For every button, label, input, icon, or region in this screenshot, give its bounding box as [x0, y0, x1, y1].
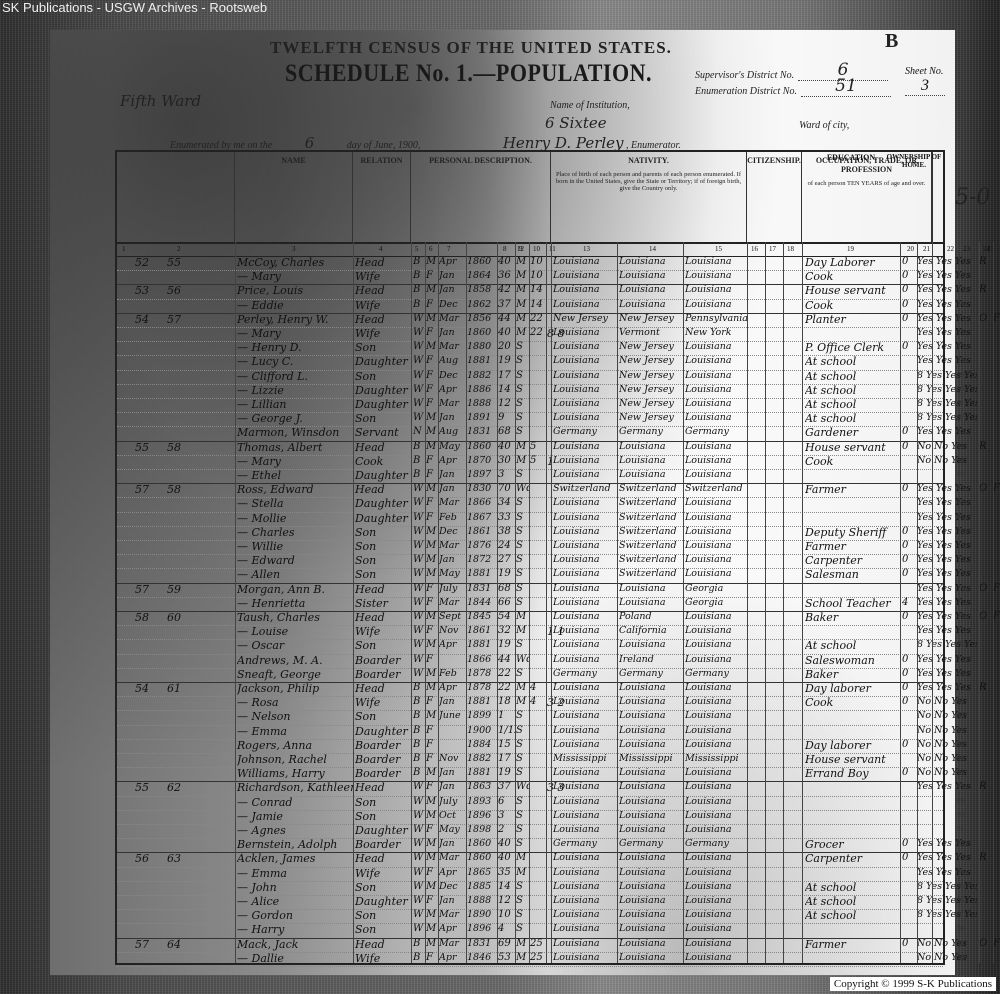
cell-marital: M [516, 270, 530, 281]
cell-owned: F [993, 313, 1000, 324]
cell-edu: No No Yes [917, 938, 977, 949]
cell-own: R [979, 284, 991, 295]
column-divider [993, 242, 994, 963]
cell-relation: Son [355, 341, 411, 354]
institution-line: Name of Institution, [550, 100, 630, 111]
cell-marital: M [516, 313, 530, 324]
line-number: 59 [957, 371, 964, 379]
cell-mother: Louisiana [685, 412, 749, 423]
cell-birth: Louisiana [553, 767, 619, 778]
cell-month: Jan [439, 270, 467, 281]
cell-occupation: Day Laborer [805, 256, 900, 269]
table-row: 5860Taush, CharlesHeadWMSept184554MLouis… [117, 611, 943, 626]
cell-occupation: Farmer [805, 938, 900, 951]
table-row: — AliceDaughterWFJan188812SLouisianaLoui… [117, 895, 943, 910]
cell-sex: M [426, 526, 438, 537]
cell-mother: Louisiana [685, 554, 749, 565]
cell-race: B [413, 299, 425, 310]
cell-age: 19 [498, 639, 516, 650]
cell-name: Sneaft, George [237, 668, 353, 681]
cell-dwelling: 55 [135, 441, 165, 454]
cell-name: — Conrad [237, 796, 353, 809]
cell-race: N [413, 426, 425, 437]
cell-marital: S [516, 540, 530, 551]
cell-relation: Head [355, 284, 411, 297]
cell-occupation: Baker [805, 611, 900, 624]
cell-month: Jan [439, 483, 467, 494]
cell-occupation: House servant [805, 284, 900, 297]
cell-sex: F [426, 696, 438, 707]
column-number: 18 [787, 245, 794, 253]
cell-age: 53 [498, 952, 516, 963]
cell-year: 1878 [467, 682, 497, 693]
cell-birth: Louisiana [553, 810, 619, 821]
cell-mother: Louisiana [685, 881, 749, 892]
cell-race: B [413, 753, 425, 764]
cell-birth: Louisiana [553, 867, 619, 878]
column-number: 10 [533, 245, 540, 253]
cell-occupation: Deputy Sheriff [805, 526, 900, 539]
cell-year: 1881 [467, 355, 497, 366]
column-number: 7 [447, 245, 451, 253]
cell-age: 68 [498, 583, 516, 594]
cell-father: Switzerland [619, 483, 685, 494]
cell-sex: F [426, 867, 438, 878]
cell-occupation: Gardener [805, 426, 900, 439]
cell-race: B [413, 710, 425, 721]
cell-year: 1860 [467, 441, 497, 452]
cell-sex: F [426, 299, 438, 310]
cell-age: 22 [498, 668, 516, 679]
cell-mother: Louisiana [685, 796, 749, 807]
line-number: 74 [957, 584, 964, 592]
cell-marital: M [516, 696, 530, 707]
cell-father: Louisiana [619, 682, 685, 693]
cell-marital: S [516, 355, 530, 366]
cell-months-unemployed: 0 [902, 838, 914, 849]
cell-months-unemployed: 0 [902, 852, 914, 863]
cell-father: Poland [619, 611, 685, 622]
cell-years-married: 5 [530, 455, 546, 466]
cell-year: 1881 [467, 639, 497, 650]
cell-relation: Daughter [355, 725, 411, 738]
column-number: 14 [649, 245, 656, 253]
cell-month: Mar [439, 938, 467, 949]
cell-race: B [413, 696, 425, 707]
cell-mother: Louisiana [685, 441, 749, 452]
cell-year: 1846 [467, 952, 497, 963]
cell-edu: Yes Yes Yes [917, 852, 977, 863]
cell-sex: M [426, 710, 438, 721]
cell-name: — Emma [237, 867, 353, 880]
cell-birth: Louisiana [553, 270, 619, 281]
cell-year: 1831 [467, 426, 497, 437]
cell-marital: S [516, 753, 530, 764]
cell-father: Louisiana [619, 441, 685, 452]
column-number: 6 [429, 245, 433, 253]
cell-race: W [413, 483, 425, 494]
cell-dwelling: 54 [135, 313, 165, 326]
cell-father: Louisiana [619, 923, 685, 934]
cell-father: Louisiana [619, 852, 685, 863]
cell-month: Dec [439, 526, 467, 537]
cell-relation: Head [355, 611, 411, 624]
cell-dwelling: 57 [135, 938, 165, 951]
cell-relation: Cook [355, 455, 411, 468]
line-number: 68 [957, 498, 964, 506]
cell-edu: 8 Yes Yes Yes [917, 384, 977, 395]
cell-race: W [413, 412, 425, 423]
column-divider [783, 242, 784, 963]
cell-occupation: House servant [805, 753, 900, 766]
cell-father: Louisiana [619, 881, 685, 892]
cell-name: — Clifford L. [237, 370, 353, 383]
table-row: 5461Jackson, PhilipHeadBMApr187822M4Loui… [117, 682, 943, 697]
cell-month: Apr [439, 923, 467, 934]
cell-father: Switzerland [619, 554, 685, 565]
cell-months-unemployed: 0 [902, 682, 914, 693]
cell-edu: 8 Yes Yes Yes [917, 881, 977, 892]
cell-relation: Daughter [355, 497, 411, 510]
cell-birth: Louisiana [553, 909, 619, 920]
cell-own: O [979, 483, 991, 494]
cell-mother: Louisiana [685, 469, 749, 480]
cell-month: May [439, 568, 467, 579]
cell-month: Jan [439, 895, 467, 906]
cell-owned: F [993, 483, 1000, 494]
col-education: EDUCATION. [822, 153, 882, 162]
cell-name: — Lucy C. [237, 355, 353, 368]
cell-father: Louisiana [619, 767, 685, 778]
cell-edu: Yes Yes Yes [917, 611, 977, 622]
cell-mother: Louisiana [685, 341, 749, 352]
table-row: — Clifford L.SonWFDec188217SLouisianaNew… [117, 370, 943, 385]
cell-mother: Louisiana [685, 540, 749, 551]
cell-race: W [413, 512, 425, 523]
cell-relation: Son [355, 881, 411, 894]
cell-month: Oct [439, 810, 467, 821]
cell-race: W [413, 370, 425, 381]
cell-mother: Germany [685, 838, 749, 849]
cell-months-unemployed: 0 [902, 739, 914, 750]
cell-name: — Alice [237, 895, 353, 908]
cell-age: 18 [498, 696, 516, 707]
cell-relation: Head [355, 781, 411, 794]
column-divider [411, 242, 412, 963]
cell-occupation: Cook [805, 270, 900, 283]
line-number: 79 [957, 655, 964, 663]
cell-name: — Charles [237, 526, 353, 539]
cell-race: B [413, 682, 425, 693]
cell-months-unemployed: 0 [902, 540, 914, 551]
cell-age: 6 [498, 796, 516, 807]
cell-edu: 8 Yes Yes Yes [917, 398, 977, 409]
cell-sex: M [426, 668, 438, 679]
cell-year: 1866 [467, 497, 497, 508]
cell-race: B [413, 938, 425, 949]
cell-race: B [413, 284, 425, 295]
cell-occupation: House servant [805, 441, 900, 454]
table-row: — DallieWifeBFApr184653M25LouisianaLouis… [117, 952, 943, 967]
cell-marital: S [516, 526, 530, 537]
cell-year: 1890 [467, 909, 497, 920]
cell-month: Sept [439, 611, 467, 622]
cell-month: Mar [439, 313, 467, 324]
table-row: — WillieSonWMMar187624SLouisianaSwitzerl… [117, 540, 943, 555]
table-row: — StellaDaughterWFMar186634SLouisianaSwi… [117, 497, 943, 512]
cell-mother: Louisiana [685, 938, 749, 949]
cell-birth: Louisiana [553, 384, 619, 395]
cell-marital: Wd [516, 654, 530, 665]
cell-edu: 8 Yes Yes Yes [917, 370, 977, 381]
cell-relation: Head [355, 441, 411, 454]
cell-birth: Louisiana [553, 327, 619, 338]
table-row: — GordonSonWMMar189010SLouisianaLouisian… [117, 909, 943, 924]
cell-race: W [413, 867, 425, 878]
column-divider [747, 242, 748, 963]
cell-age: 17 [498, 753, 516, 764]
cell-month: Jan [439, 412, 467, 423]
cell-father: Mississippi [619, 753, 685, 764]
cell-father: Ireland [619, 654, 685, 665]
cell-relation: Head [355, 682, 411, 695]
cell-relation: Son [355, 810, 411, 823]
cell-month: Jan [439, 554, 467, 565]
table-row: — MaryWifeBFJan186436M10LouisianaLouisia… [117, 270, 943, 285]
cell-father: Louisiana [619, 583, 685, 594]
cell-name: — Edward [237, 554, 353, 567]
cell-month: Mar [439, 909, 467, 920]
cell-father: Louisiana [619, 270, 685, 281]
cell-relation: Daughter [355, 824, 411, 837]
cell-name: Price, Louis [237, 284, 353, 297]
cell-occupation: Farmer [805, 540, 900, 553]
cell-mother: Louisiana [685, 639, 749, 650]
cell-father: New Jersey [619, 313, 685, 324]
cell-mother: Louisiana [685, 625, 749, 636]
cell-month: Apr [439, 256, 467, 267]
table-row: Rogers, AnnaBoarderBF188415SLouisianaLou… [117, 739, 943, 754]
cell-dwelling: 53 [135, 284, 165, 297]
cell-own: R [979, 781, 991, 792]
cell-family: 60 [167, 611, 197, 624]
cell-month: Dec [439, 299, 467, 310]
cell-marital: Wd [516, 781, 530, 792]
cell-marital: S [516, 497, 530, 508]
cell-edu: No No Yes [917, 441, 977, 452]
cell-race: B [413, 441, 425, 452]
cell-mother: Louisiana [685, 710, 749, 721]
cell-marital: M [516, 441, 530, 452]
cell-marital: S [516, 412, 530, 423]
cell-mother: Germany [685, 668, 749, 679]
cell-father: Louisiana [619, 781, 685, 792]
cell-mother: Louisiana [685, 909, 749, 920]
cell-relation: Wife [355, 270, 411, 283]
cell-age: 30 [498, 455, 516, 466]
cell-edu: No No Yes [917, 725, 977, 736]
cell-relation: Head [355, 256, 411, 269]
cell-occupation: Carpenter [805, 554, 900, 567]
cell-own: O [979, 583, 991, 594]
cell-relation: Daughter [355, 355, 411, 368]
cell-father: Louisiana [619, 739, 685, 750]
cell-name: Johnson, Rachel [237, 753, 353, 766]
cell-month: Mar [439, 597, 467, 608]
cell-race: W [413, 668, 425, 679]
cell-mother: Louisiana [685, 923, 749, 934]
cell-name: — Lillian [237, 398, 353, 411]
cell-year: 1882 [467, 370, 497, 381]
cell-race: W [413, 923, 425, 934]
line-number: 54 [957, 300, 964, 308]
cell-marital: S [516, 923, 530, 934]
cell-year: 1858 [467, 284, 497, 295]
cell-sex: M [426, 938, 438, 949]
cell-year: 1896 [467, 810, 497, 821]
cell-sex: F [426, 512, 438, 523]
cell-sex: M [426, 313, 438, 324]
cell-name: — Harry [237, 923, 353, 936]
cell-race: W [413, 355, 425, 366]
cell-occupation: Cook [805, 696, 900, 709]
cell-father: Louisiana [619, 710, 685, 721]
cell-father: Louisiana [619, 455, 685, 466]
cell-age: 15 [498, 739, 516, 750]
cell-marital: M [516, 611, 530, 622]
cell-years-married: 14 [530, 284, 546, 295]
cell-birth: Germany [553, 426, 619, 437]
cell-year: 1862 [467, 299, 497, 310]
cell-mother: Louisiana [685, 398, 749, 409]
cell-relation: Head [355, 852, 411, 865]
sheet-no-value: 3 [905, 77, 945, 96]
table-row: — HarrySonWMApr18964SLouisianaLouisianaL… [117, 923, 943, 938]
cell-sex: F [426, 597, 438, 608]
cell-father: Switzerland [619, 526, 685, 537]
township-value: Fifth Ward [120, 92, 201, 110]
cell-edu: Yes Yes Yes [917, 554, 977, 565]
table-row: 5255McCoy, CharlesHeadBMApr186040M10Loui… [117, 256, 943, 271]
cell-edu: Yes Yes Yes [917, 497, 977, 508]
cell-birth: Louisiana [553, 568, 619, 579]
cell-relation: Son [355, 639, 411, 652]
cell-relation: Daughter [355, 469, 411, 482]
cell-birth: Louisiana [553, 526, 619, 537]
cell-birth: Louisiana [553, 583, 619, 594]
cell-name: Rogers, Anna [237, 739, 353, 752]
cell-mother: Pennsylvania [685, 313, 749, 324]
table-row: — EmmaWifeWFApr186535MLouisianaLouisiana… [117, 867, 943, 882]
cell-marital: M [516, 256, 530, 267]
cell-sex: M [426, 341, 438, 352]
cell-edu: Yes Yes Yes [917, 327, 977, 338]
cell-months-unemployed: 0 [902, 256, 914, 267]
cell-year: 1865 [467, 867, 497, 878]
cell-race: W [413, 327, 425, 338]
cell-birth: Louisiana [553, 881, 619, 892]
cell-race: W [413, 810, 425, 821]
cell-occupation: Grocer [805, 838, 900, 851]
cell-occupation: At school [805, 895, 900, 908]
cell-occupation: Baker [805, 668, 900, 681]
line-number: 78 [957, 640, 964, 648]
cell-mother: Louisiana [685, 654, 749, 665]
cell-edu: Yes Yes Yes [917, 341, 977, 352]
cell-sex: M [426, 682, 438, 693]
cell-mother: Louisiana [685, 781, 749, 792]
cell-month: Apr [439, 682, 467, 693]
table-row: — EdwardSonWMJan187227SLouisianaSwitzerl… [117, 554, 943, 569]
column-divider [235, 242, 236, 963]
cell-year: 1896 [467, 923, 497, 934]
line-number: 56 [957, 328, 964, 336]
cell-age: 22 [498, 682, 516, 693]
column-divider [551, 242, 552, 963]
cell-age: 44 [498, 313, 516, 324]
cell-father: Louisiana [619, 909, 685, 920]
cell-edu: No No Yes [917, 696, 977, 707]
cell-father: Louisiana [619, 867, 685, 878]
cell-months-unemployed: 0 [902, 426, 914, 437]
cell-name: — George J. [237, 412, 353, 425]
cell-year: 1882 [467, 753, 497, 764]
cell-relation: Sister [355, 597, 411, 610]
district-box: Supervisor's District No.6 Enumeration D… [695, 65, 891, 97]
cell-sex: F [426, 654, 438, 665]
cell-sex: F [426, 469, 438, 480]
cell-age: 36 [498, 270, 516, 281]
col-personal: PERSONAL DESCRIPTION. [411, 152, 551, 242]
line-number: 88 [957, 782, 964, 790]
cell-year: 1867 [467, 512, 497, 523]
line-number: 58 [957, 356, 964, 364]
cell-age: 9 [498, 412, 516, 423]
column-number: 16 [751, 245, 758, 253]
column-number: 19 [847, 245, 854, 253]
column-divider [683, 242, 684, 963]
cell-sex: F [426, 370, 438, 381]
cell-relation: Son [355, 568, 411, 581]
cell-marital: S [516, 583, 530, 594]
cell-age: 37 [498, 781, 516, 792]
cell-father: New Jersey [619, 341, 685, 352]
cell-month: Aug [439, 426, 467, 437]
table-row: — Lucy C.DaughterWFAug188119SLouisianaNe… [117, 355, 943, 370]
cell-occupation: Cook [805, 299, 900, 312]
cell-marital: S [516, 426, 530, 437]
line-number: 98 [957, 924, 964, 932]
cell-edu: Yes Yes Yes [917, 512, 977, 523]
cell-age: 19 [498, 568, 516, 579]
cell-birth: Louisiana [553, 781, 619, 792]
cell-occupation: Errand Boy [805, 767, 900, 780]
cell-marital: Wd [516, 483, 530, 494]
ward-label: Ward of city, [799, 120, 849, 131]
cell-edu: Yes Yes Yes [917, 313, 977, 324]
cell-race: W [413, 611, 425, 622]
cell-name: Acklen, James [237, 852, 353, 865]
cell-occupation: Carpenter [805, 852, 900, 865]
cell-owned: F [993, 583, 1000, 594]
cell-edu: Yes Yes Yes [917, 568, 977, 579]
cell-edu: 8 Yes Yes Yes [917, 895, 977, 906]
cell-occupation: School Teacher [805, 597, 900, 610]
cell-marital: S [516, 668, 530, 679]
cell-race: W [413, 554, 425, 565]
line-number: 75 [957, 598, 964, 606]
cell-mother: Louisiana [685, 895, 749, 906]
